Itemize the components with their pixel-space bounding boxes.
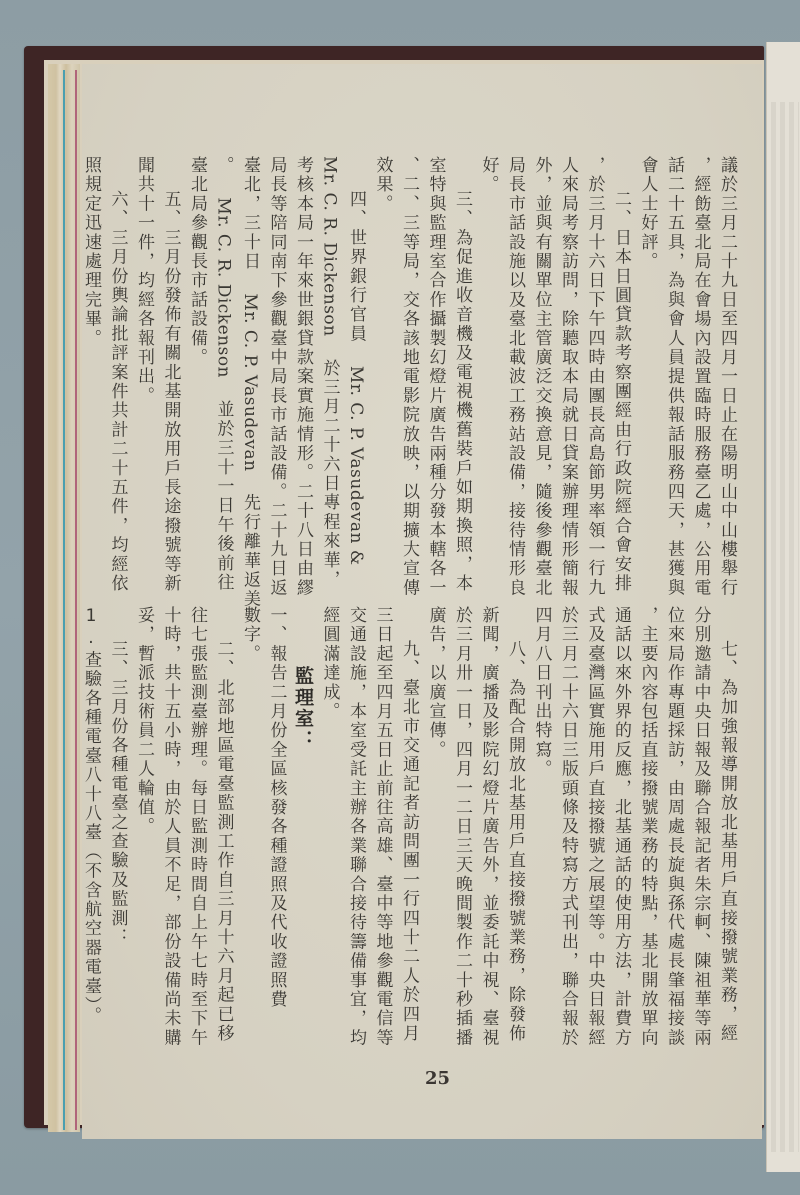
text-column: 話二十五具，為與會人員提供報話服務四天，甚獲與 [661, 156, 688, 596]
text-column: 式及臺灣區實施用戶直接撥號之展望等。中央日報經 [581, 606, 608, 1046]
text-column: 新聞，廣播及影院幻燈片廣告外，並委託中視、臺視 [475, 606, 502, 1046]
text-column: 三日起至四月五日止前往高雄、臺中等地參觀電信等 [369, 606, 396, 1046]
text-column: 分別邀請中央日報及聯合報記者朱宗軻、陳祖華等兩 [687, 606, 714, 1046]
bottom-text-block: 七、為加強報導開放北基用戶直接撥號業務，經 分別邀請中央日報及聯合報記者朱宗軻、… [78, 606, 741, 1046]
text-column: 聞共十一件，均經各報刊出。 [131, 156, 158, 596]
paragraph-start-item-4: 四、世界銀行官員 Mr. C. P. Vasudevan & [343, 156, 370, 596]
text-column: 室特與監理室合作攝製幻燈片廣告兩種分發本轄各一 [422, 156, 449, 596]
text-column: 於三月二十六日三版頭條及特寫方式刊出，聯合報於 [555, 606, 582, 1046]
text-column: 廣告，以廣宣傳。 [422, 606, 449, 1046]
text-column: ，經飭臺北局在會場內設置臨時服務臺乙處，公用電 [687, 156, 714, 596]
text-column: 考核本局一年來世銀貸款案實施情形。二十八日由繆 [290, 156, 317, 596]
person-name-vasudevan: Mr. C. P. Vasudevan [240, 293, 260, 471]
facing-page-ghost-text [771, 102, 799, 1152]
paragraph-start-item-9: 九、臺北市交通記者訪問團一行四十二人於四月 [396, 606, 423, 1046]
item4-text: 於三月二十六日專程來華， [320, 359, 340, 589]
text-column: ，主要內容包括直接撥號業務的特點，基北開放單向 [634, 606, 661, 1046]
item4-text: 臺北，三十日 [240, 156, 260, 271]
text-column: Mr. C. R. Dickenson 於三月二十六日專程來華， [316, 156, 343, 596]
text-column: 於三月卅一日，四月一二日三天晚間製作二十秒插播 [449, 606, 476, 1046]
text-column: 局長等陪同南下參觀臺中局長市話設備。二十九日返 [263, 156, 290, 596]
text-column: ，於三月十六日下午四時由團長高島節男率領一行九 [581, 156, 608, 596]
paragraph-start-item-7: 七、為加強報導開放北基用戶直接撥號業務，經 [714, 606, 741, 1046]
text-column: 會人士好評。 [634, 156, 661, 596]
paragraph-start-item-2b: 二、北部地區電臺監測工作自三月十六月起已移 [210, 606, 237, 1046]
item4-text: 並於三十一日午後前往 [214, 400, 234, 592]
text-column: 數字。 [237, 606, 264, 1046]
text-column: 交通設施，本室受託主辦各業聯合接待籌備事宜，均 [343, 606, 370, 1046]
paragraph-start-item-5: 五、三月份發佈有關北基開放用戶長途撥號等新 [157, 156, 184, 596]
text-column: 局長市話設施以及臺北載波工務站設備，接待情形良 [502, 156, 529, 596]
section-heading-supervision-office: 監理室： [290, 606, 317, 1046]
text-column: 往七張監測臺辦理。每日監測時間自上午七時至下午 [184, 606, 211, 1046]
text-column: 臺北，三十日 Mr. C. P. Vasudevan 先行離華返美 [237, 156, 264, 596]
text-column: 經圓滿達成。 [316, 606, 343, 1046]
paragraph-start-item-8: 八、為配合開放北基用戶直接撥號業務，除發佈 [502, 606, 529, 1046]
text-column: 外，並與有關單位主管廣泛交換意見，隨後參觀臺北 [528, 156, 555, 596]
text-column: 人來局考察訪問，除聽取本局就日貸案辦理情形簡報 [555, 156, 582, 596]
paragraph-start-item-6: 六、三月份輿論批評案件共計二十五件，均經依 [104, 156, 131, 596]
text-column: 。 Mr. C. R. Dickenson 並於三十一日午後前往 [210, 156, 237, 596]
person-name-dickenson: Mr. C. R. Dickenson [214, 197, 234, 378]
text-column: 效果。 [369, 156, 396, 596]
item4-prefix: 四、世界銀行官員 [346, 190, 366, 344]
item4-text: 先行離華返美 [240, 494, 260, 609]
text-column: 臺北局參觀長市話設備。 [184, 156, 211, 596]
paragraph-start-item-3b: 三、三月份各種電臺之查驗及監測： [104, 606, 131, 1046]
list-item-1: 1.查驗各種電臺八十八臺（不含航空器電臺）。 [78, 606, 105, 1046]
text-column: 議於三月二十九日至四月一日止在陽明山中山樓舉行 [714, 156, 741, 596]
text-column: 、二、三等局，交各該地電影院放映，以期擴大宣傳 [396, 156, 423, 596]
person-name-vasudevan: Mr. C. P. Vasudevan & [346, 366, 366, 566]
person-name-dickenson: Mr. C. R. Dickenson [320, 156, 340, 337]
text-column: 位來局作專題採訪，由周處長旋與孫代處長肇福接談 [661, 606, 688, 1046]
text-column: 通話以來外界的反應，北基通話的使用方法，計費方 [608, 606, 635, 1046]
text-column: 十時，共十五小時，由於人員不足，部份設備尚未購 [157, 606, 184, 1046]
text-column: 好。 [475, 156, 502, 596]
paragraph-start-item-3: 三、為促進收音機及電視機舊裝戶如期換照，本 [449, 156, 476, 596]
item4-text: 。 [214, 156, 234, 175]
text-column: 妥，暫派技術員二人輪值。 [131, 606, 158, 1046]
text-column: 四月八日刊出特寫。 [528, 606, 555, 1046]
top-text-block: 議於三月二十九日至四月一日止在陽明山中山樓舉行 ，經飭臺北局在會場內設置臨時服務… [78, 156, 741, 596]
facing-page-edge [766, 42, 800, 1172]
text-column: 照規定迅速處理完畢。 [78, 156, 105, 596]
page-number: 25 [425, 1068, 450, 1089]
bookmark-ribbon-blue [63, 70, 65, 1130]
paragraph-start-item-1: 一、報告二月份全區核發各種證照及代收證照費 [263, 606, 290, 1046]
paragraph-start-item-2: 二、日本日圓貸款考察團經由行政院經合會安排 [608, 156, 635, 596]
